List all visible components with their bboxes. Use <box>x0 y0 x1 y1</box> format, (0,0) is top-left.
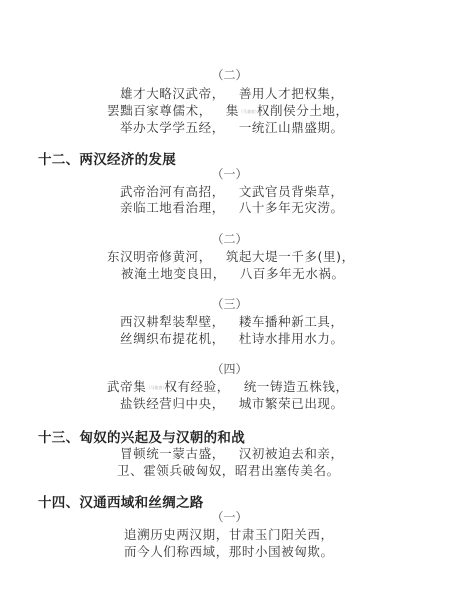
verse-half: 西汉耕犁装犁壁， <box>120 314 225 329</box>
verse-half: 汉初被迫去和亲， <box>239 446 344 461</box>
verse-half: 东汉明帝修黄河， <box>107 249 212 264</box>
verse-half: 耧车播种新工具， <box>239 314 344 329</box>
verse-line: 被淹土地变良田，八百多年无水祸。 <box>121 264 345 282</box>
verse-half: 筑起大堤一千多(里)， <box>226 249 355 264</box>
verse-line: 卫、霍领兵破匈奴，昭君出塞传美名。 <box>117 461 340 479</box>
verse-text: 追溯历史两汉期，甘肃玉门阳关西， <box>124 527 334 542</box>
verse-line: 丝绸织布提花机，杜诗水排用水力。 <box>120 329 344 347</box>
verse-line: 亲临工地看治理，八十多年无灾涝。 <box>120 198 344 216</box>
annotation-note: （马兼查） <box>239 109 257 115</box>
verse-half: 统一铸造五株钱， <box>244 379 349 394</box>
verse-half: 八十多年无灾涝。 <box>239 200 344 215</box>
verse-half: 文武官员背柴草， <box>239 184 344 199</box>
verse-half: 亲临工地看治理， <box>120 200 225 215</box>
subsection-title: （一） <box>0 165 459 182</box>
verse-half: 雄才大略汉武帝， <box>120 86 225 101</box>
verse-half: 杜诗水排用水力。 <box>239 331 344 346</box>
verse-half: 城市繁荣已出现。 <box>239 396 344 411</box>
verse-line: 罢黜百家尊儒术，集（马兼查）权削侯分土地， <box>107 101 349 119</box>
subsection-title: （二） <box>0 230 459 247</box>
verse-half: 罢黜百家尊儒术， <box>107 103 212 118</box>
verse-text: 集 <box>226 103 239 118</box>
subsection-title: （三） <box>0 295 459 312</box>
verse-half: 武帝治河有高招， <box>120 184 225 199</box>
subsection-title: （四） <box>0 360 459 377</box>
verse-half: 冒顿统一蒙古盛， <box>120 446 225 461</box>
verse-half: 举办太学学五经， <box>120 120 225 135</box>
verse-line: 东汉明帝修黄河，筑起大堤一千多(里)， <box>107 247 355 265</box>
verse-text: 权削侯分土地， <box>257 103 349 118</box>
verse-half: 一统江山鼎盛期。 <box>239 120 344 135</box>
verse-line: 雄才大略汉武帝，善用人才把权集， <box>120 84 344 102</box>
verse-line: 盐铁经营归中央，城市繁荣已出现。 <box>120 394 344 412</box>
verse-text: 卫、霍领兵破匈奴，昭君出塞传美名。 <box>117 463 340 478</box>
section-heading: 十三、匈奴的兴起及与汉朝的和战 <box>38 426 245 446</box>
verse-line: 举办太学学五经，一统江山鼎盛期。 <box>120 118 344 136</box>
subsection-title: （二） <box>0 66 459 83</box>
verse-line: 西汉耕犁装犁壁，耧车播种新工具， <box>120 312 344 330</box>
verse-text: 而今人们称西域，那时小国被匈欺。 <box>124 544 334 559</box>
verse-half: 善用人才把权集， <box>239 86 344 101</box>
subsection-title: （一） <box>0 508 459 525</box>
verse-half: 盐铁经营归中央， <box>120 396 225 411</box>
verse-line: 冒顿统一蒙古盛，汉初被迫去和亲， <box>120 444 344 462</box>
verse-text: 武帝集 <box>107 379 146 394</box>
verse-text: 权有经验， <box>164 379 230 394</box>
verse-line: 武帝集（马兼查）权有经验，统一铸造五株钱， <box>107 377 349 395</box>
verse-line: 而今人们称西域，那时小国被匈欺。 <box>124 542 334 560</box>
verse-line: 追溯历史两汉期，甘肃玉门阳关西， <box>124 525 334 543</box>
annotation-note: （马兼查） <box>146 385 164 391</box>
verse-half: 丝绸织布提花机， <box>120 331 225 346</box>
verse-half: 被淹土地变良田， <box>121 266 226 281</box>
verse-half: 八百多年无水祸。 <box>240 266 345 281</box>
